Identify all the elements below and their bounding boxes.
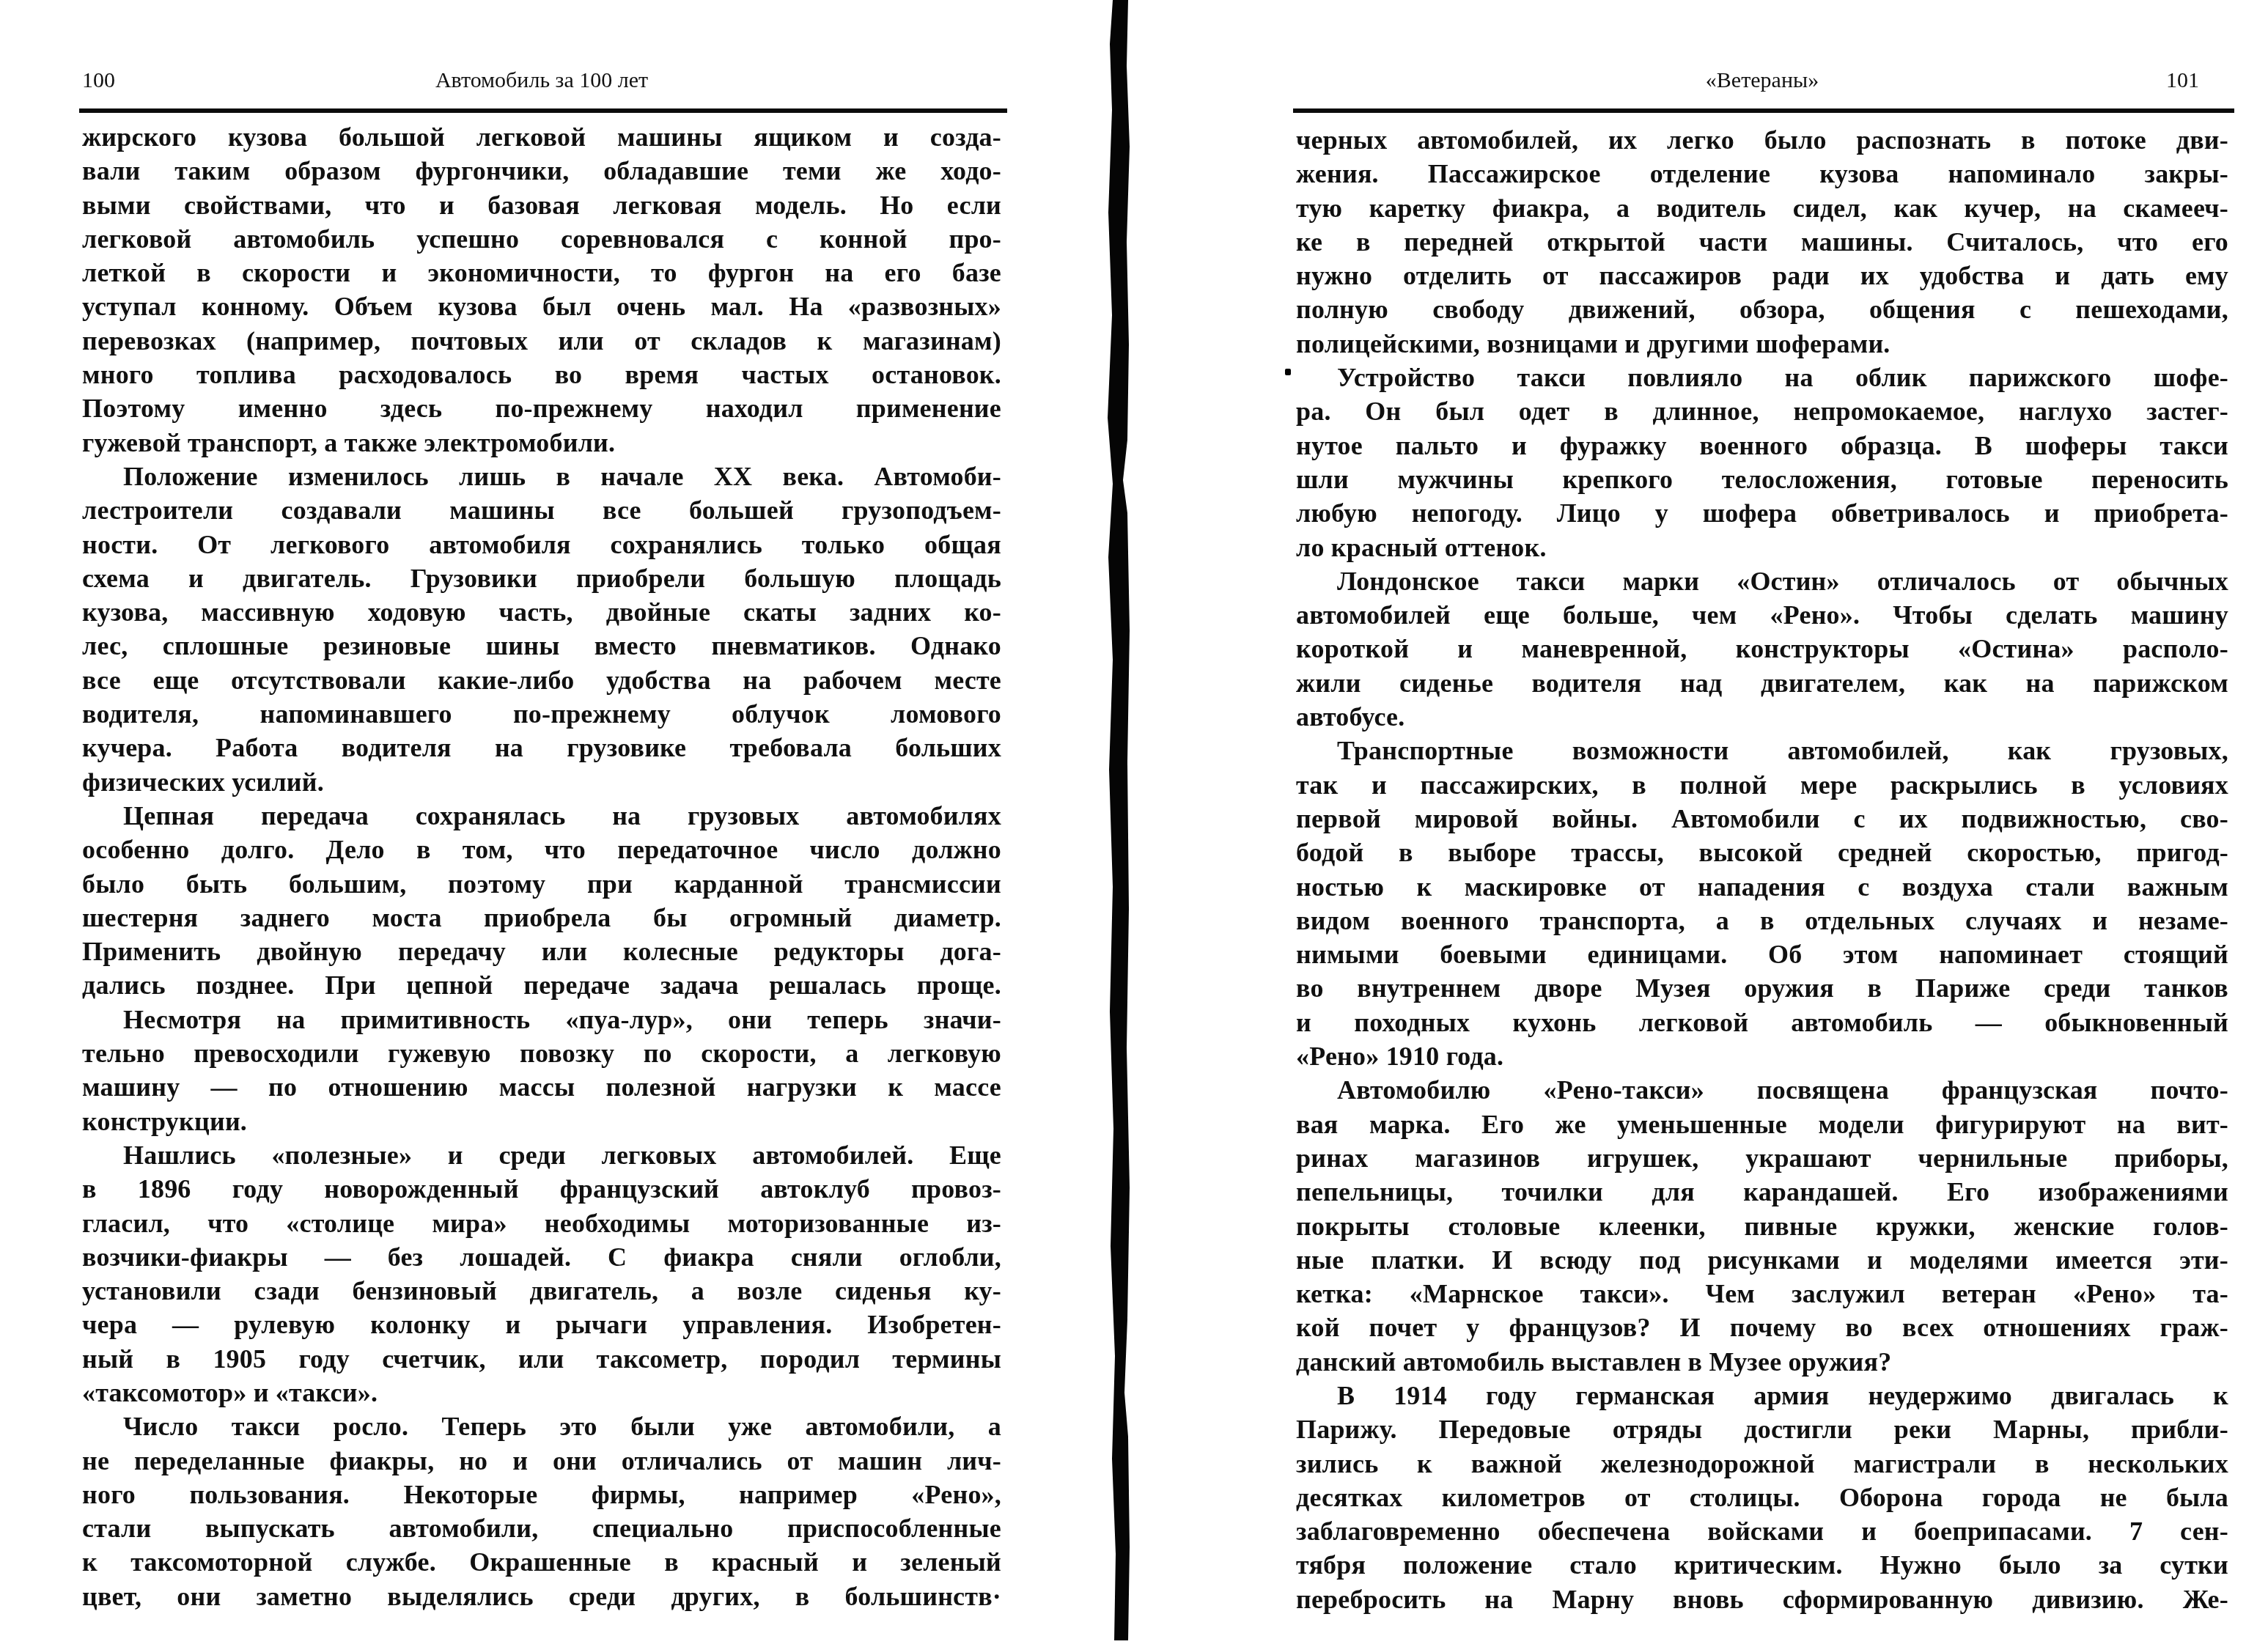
text-line: в 1896 году новорожденный французский ав… (82, 1172, 1001, 1206)
paragraph: черных автомобилей, их легко было распоз… (1296, 123, 2228, 361)
text-line: пепельницы, точилки для карандашей. Его … (1296, 1175, 2228, 1209)
text-line: легковой автомобиль успешно соревновался… (82, 222, 1001, 256)
paragraph: Положение изменилось лишь в начале XX ве… (82, 460, 1001, 799)
text-line: к таксомоторной службе. Окрашенные в кра… (82, 1545, 1001, 1579)
text-line: было быть большим, поэтому при карданной… (82, 867, 1001, 901)
text-line: заблаговременно обеспечена войсками и бо… (1296, 1514, 2228, 1548)
text-line: Поэтому именно здесь по-прежнему находил… (82, 391, 1001, 425)
text-line: ный в 1905 году счетчик, или таксометр, … (82, 1342, 1001, 1376)
scan-artifact-dot (1285, 369, 1291, 375)
text-line: много топлива расходовалось во время час… (82, 358, 1001, 391)
text-line: ного пользования. Некоторые фирмы, напри… (82, 1478, 1001, 1511)
page-right: «Ветераны» 101 черных автомобилей, их ле… (1296, 0, 2228, 1647)
text-line: «Рено» 1910 года. (1296, 1039, 2228, 1073)
text-line: вая марка. Его же уменьшенные модели фиг… (1296, 1108, 2228, 1141)
text-line: кетка: «Марнское такси». Чем заслужил ве… (1296, 1277, 2228, 1311)
book-scan-spread: 100 Автомобиль за 100 лет жирского кузов… (0, 0, 2268, 1647)
text-line: бодой в выборе трассы, высокой средней с… (1296, 836, 2228, 869)
text-line: Транспортные возможности автомобилей, ка… (1296, 734, 2228, 767)
text-line: дались позднее. При цепной передаче зада… (82, 968, 1001, 1002)
text-line: Число такси росло. Теперь это были уже а… (82, 1410, 1001, 1443)
text-line: Положение изменилось лишь в начале XX ве… (82, 460, 1001, 493)
text-line: уступал конному. Объем кузова был очень … (82, 290, 1001, 323)
text-line: схема и двигатель. Грузовики приобрели б… (82, 561, 1001, 595)
text-line: любую непогоду. Лицо у шофера обветривал… (1296, 496, 2228, 530)
text-line: Лондонское такси марки «Остин» отличалос… (1296, 564, 2228, 598)
text-line: ке в передней открытой части машины. Счи… (1296, 225, 2228, 259)
text-line: чера — рулевую колонку и рычаги управлен… (82, 1308, 1001, 1341)
text-line: лес, сплошные резиновые шины вместо пнев… (82, 629, 1001, 663)
header-rule-left (79, 108, 1007, 113)
text-line: автомобилей еще больше, чем «Рено». Чтоб… (1296, 598, 2228, 632)
text-line: покрыты столовые клеенки, пивные кружки,… (1296, 1209, 2228, 1243)
text-line: Нашлись «полезные» и среди легковых авто… (82, 1138, 1001, 1172)
text-line: ные платки. И всюду под рисунками и моде… (1296, 1243, 2228, 1277)
text-line: перебросить на Марну вновь сформированну… (1296, 1582, 2228, 1616)
text-line: шли мужчины крепкого телосложения, готов… (1296, 463, 2228, 496)
text-line: конструкции. (82, 1105, 1001, 1138)
paragraph: Несмотря на примитивность «пуа-лур», они… (82, 1003, 1001, 1138)
running-title-left: Автомобиль за 100 лет (82, 65, 1001, 97)
text-line: Несмотря на примитивность «пуа-лур», они… (82, 1003, 1001, 1036)
running-title-right: «Ветераны» (1296, 65, 2228, 97)
text-line: жирского кузова большой легковой машины … (82, 120, 1001, 154)
text-line: Устройство такси повлияло на облик париж… (1296, 361, 2228, 394)
text-line: и походных кухонь легковой автомобиль — … (1296, 1006, 2228, 1039)
text-line: кузова, массивную ходовую часть, двойные… (82, 595, 1001, 629)
text-line: во внутреннем дворе Музея оружия в Париж… (1296, 971, 2228, 1005)
header-rule-right (1293, 108, 2234, 113)
page-left: 100 Автомобиль за 100 лет жирского кузов… (82, 0, 1001, 1647)
paragraph: Устройство такси повлияло на облик париж… (1296, 361, 2228, 564)
paragraph: жирского кузова большой легковой машины … (82, 120, 1001, 460)
text-line: цвет, они заметно выделялись среди други… (82, 1580, 1001, 1613)
paragraph: Автомобилю «Рено-такси» посвящена францу… (1296, 1073, 2228, 1379)
page-header-right: «Ветераны» 101 (1296, 65, 2228, 97)
page-number-right: 101 (2166, 65, 2199, 97)
text-column-right: черных автомобилей, их легко было распоз… (1296, 123, 2228, 1616)
text-line: шестерня заднего моста приобрела бы огро… (82, 901, 1001, 935)
text-column-left: жирского кузова большой легковой машины … (82, 120, 1001, 1613)
text-line: вали таким образом фургончики, обладавши… (82, 154, 1001, 188)
text-line: нимыми боевыми единицами. Об этом напоми… (1296, 937, 2228, 971)
page-header-left: 100 Автомобиль за 100 лет (82, 65, 1001, 97)
text-line: так и пассажирских, в полной мере раскры… (1296, 768, 2228, 802)
text-line: данский автомобиль выставлен в Музее ору… (1296, 1345, 2228, 1379)
text-line: установили сзади бензиновый двигатель, а… (82, 1274, 1001, 1308)
paragraph: Транспортные возможности автомобилей, ка… (1296, 734, 2228, 1073)
text-line: полицейскими, возницами и другими шофера… (1296, 327, 2228, 361)
text-line: стали выпускать автомобили, специально п… (82, 1511, 1001, 1545)
text-line: тую каретку фиакра, а водитель сидел, ка… (1296, 191, 2228, 225)
text-line: не переделанные фиакры, но и они отличал… (82, 1444, 1001, 1478)
text-line: «таксомотор» и «такси». (82, 1376, 1001, 1410)
text-line: перевозках (например, почтовых или от ск… (82, 324, 1001, 358)
text-line: десятках километров от столицы. Оборона … (1296, 1481, 2228, 1514)
text-line: первой мировой войны. Автомобили с их по… (1296, 802, 2228, 836)
text-line: леткой в скорости и экономичности, то фу… (82, 256, 1001, 290)
paragraph: Число такси росло. Теперь это были уже а… (82, 1410, 1001, 1613)
paragraph: Лондонское такси марки «Остин» отличалос… (1296, 564, 2228, 734)
text-line: возчики-фиакры — без лошадей. С фиакра с… (82, 1240, 1001, 1274)
text-line: выми свойствами, что и базовая легковая … (82, 188, 1001, 222)
text-line: полную свободу движений, обзора, общения… (1296, 292, 2228, 326)
text-line: водителя, напоминавшего по-прежнему облу… (82, 697, 1001, 731)
text-line: В 1914 году германская армия неудержимо … (1296, 1379, 2228, 1412)
text-line: черных автомобилей, их легко было распоз… (1296, 123, 2228, 157)
text-line: Цепная передача сохранялась на грузовых … (82, 799, 1001, 833)
text-line: все еще отсутствовали какие-либо удобств… (82, 663, 1001, 697)
paragraph: Цепная передача сохранялась на грузовых … (82, 799, 1001, 1003)
paragraph: Нашлись «полезные» и среди легковых авто… (82, 1138, 1001, 1410)
text-line: ра. Он был одет в длинное, непромокаемое… (1296, 394, 2228, 428)
text-line: жения. Пассажирское отделение кузова нап… (1296, 157, 2228, 191)
text-line: гужевой транспорт, а также электромобили… (82, 426, 1001, 460)
text-line: кучера. Работа водителя на грузовике тре… (82, 731, 1001, 764)
text-line: Применить двойную передачу или колесные … (82, 935, 1001, 968)
text-line: нужно отделить от пассажиров ради их удо… (1296, 259, 2228, 292)
text-line: Парижу. Передовые отряды достигли реки М… (1296, 1412, 2228, 1446)
paragraph: В 1914 году германская армия неудержимо … (1296, 1379, 2228, 1616)
text-line: автобусе. (1296, 700, 2228, 734)
text-line: тельно превосходили гужевую повозку по с… (82, 1036, 1001, 1070)
text-line: короткой и маневренной, конструкторы «Ос… (1296, 632, 2228, 666)
text-line: машину — по отношению массы полезной наг… (82, 1070, 1001, 1104)
text-line: Автомобилю «Рено-такси» посвящена францу… (1296, 1073, 2228, 1107)
text-line: ло красный оттенок. (1296, 531, 2228, 564)
text-line: ностью к маскировке от нападения с возду… (1296, 870, 2228, 904)
text-line: видом военного транспорта, а в отдельных… (1296, 904, 2228, 937)
text-line: нутое пальто и фуражку военного образца.… (1296, 429, 2228, 463)
text-line: лестроители создавали машины все большей… (82, 493, 1001, 527)
text-line: ринах магазинов игрушек, украшают чернил… (1296, 1141, 2228, 1175)
text-line: особенно долго. Дело в том, что передато… (82, 833, 1001, 866)
text-line: кой почет у французов? И почему во всех … (1296, 1311, 2228, 1344)
text-line: тября положение стало критическим. Нужно… (1296, 1548, 2228, 1582)
book-gutter-shadow (1105, 0, 1132, 1640)
text-line: зились к важной железнодорожной магистра… (1296, 1447, 2228, 1481)
text-line: ности. От легкового автомобиля сохраняли… (82, 528, 1001, 561)
text-line: физических усилий. (82, 765, 1001, 799)
text-line: жили сиденье водителя над двигателем, ка… (1296, 666, 2228, 700)
text-line: гласил, что «столице мира» необходимы мо… (82, 1206, 1001, 1240)
